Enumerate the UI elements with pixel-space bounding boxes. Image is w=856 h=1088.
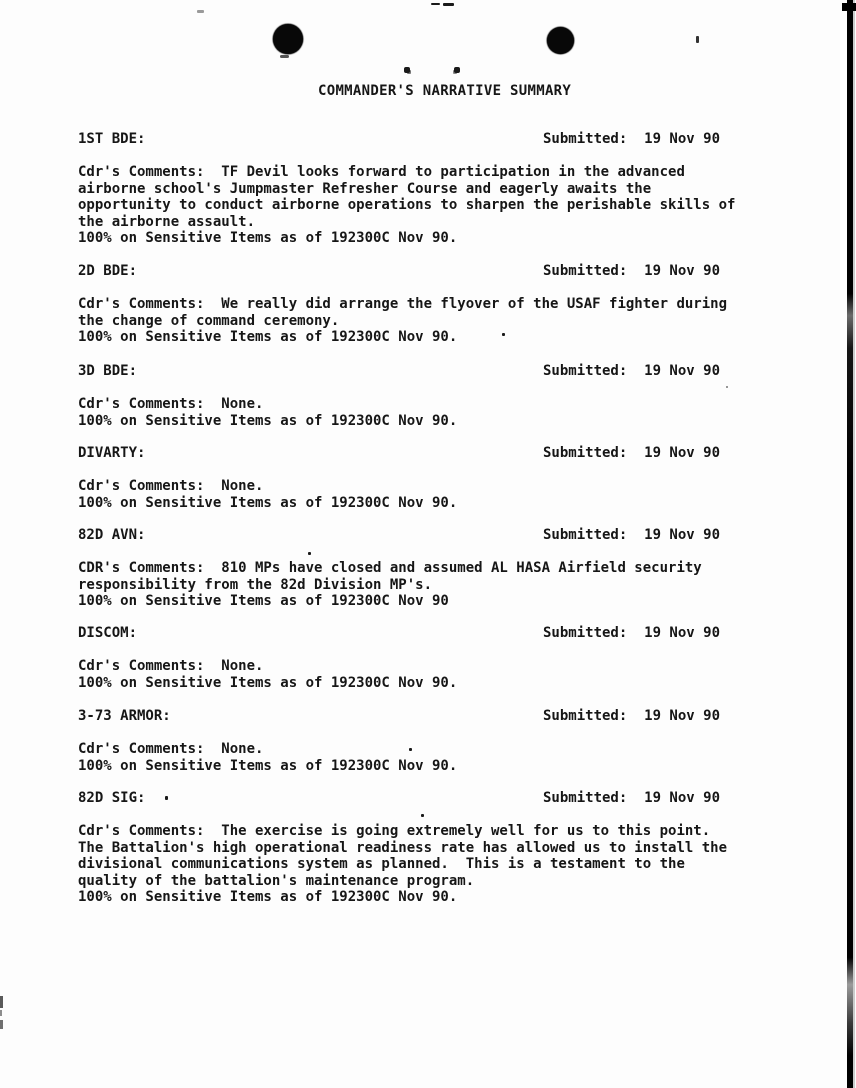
- section-header: 1ST BDE: Submitted: 19 Nov 90: [78, 131, 778, 148]
- scan-speck: [454, 67, 460, 73]
- section-label: DISCOM:: [78, 625, 137, 642]
- section-2d-bde: 2D BDE: Submitted: 19 Nov 90 Cdr's Comme…: [78, 263, 778, 346]
- scan-edge-mark: [0, 1010, 2, 1016]
- section-header: 82D AVN: Submitted: 19 Nov 90: [78, 527, 778, 544]
- section-body: Cdr's Comments: The exercise is going ex…: [78, 823, 778, 906]
- section-label: 3-73 ARMOR:: [78, 708, 171, 725]
- submitted-date: Submitted: 19 Nov 90: [543, 790, 720, 807]
- section-body: Cdr's Comments: None. 100% on Sensitive …: [78, 396, 778, 429]
- section-label: 2D BDE:: [78, 263, 137, 280]
- section-label: 3D BDE:: [78, 363, 137, 380]
- submitted-date: Submitted: 19 Nov 90: [543, 131, 720, 148]
- section-1st-bde: 1ST BDE: Submitted: 19 Nov 90 Cdr's Comm…: [78, 131, 778, 247]
- section-header: 2D BDE: Submitted: 19 Nov 90: [78, 263, 778, 280]
- scanned-document-page: COMMANDER'S NARRATIVE SUMMARY 1ST BDE: S…: [0, 0, 856, 1088]
- section-body: CDR's Comments: 810 MPs have closed and …: [78, 560, 778, 610]
- section-label: 1ST BDE:: [78, 131, 145, 148]
- hole-punch-mark: [273, 24, 303, 54]
- scanner-edge-bar: [842, 3, 856, 11]
- submitted-date: Submitted: 19 Nov 90: [543, 527, 720, 544]
- scan-speck: [431, 3, 440, 5]
- submitted-date: Submitted: 19 Nov 90: [543, 445, 720, 462]
- section-3d-bde: 3D BDE: Submitted: 19 Nov 90 Cdr's Comme…: [78, 363, 778, 429]
- section-3-73-armor: 3-73 ARMOR: Submitted: 19 Nov 90 Cdr's C…: [78, 708, 778, 774]
- scanner-edge-line: [853, 0, 855, 1088]
- section-header: 3D BDE: Submitted: 19 Nov 90: [78, 363, 778, 380]
- section-header: DIVARTY: Submitted: 19 Nov 90: [78, 445, 778, 462]
- scan-speck: [280, 55, 289, 58]
- section-body: Cdr's Comments: None. 100% on Sensitive …: [78, 741, 778, 774]
- scan-speck: [197, 10, 204, 13]
- section-discom: DISCOM: Submitted: 19 Nov 90 Cdr's Comme…: [78, 625, 778, 691]
- section-body: Cdr's Comments: We really did arrange th…: [78, 296, 778, 346]
- submitted-date: Submitted: 19 Nov 90: [543, 708, 720, 725]
- submitted-date: Submitted: 19 Nov 90: [543, 363, 720, 380]
- section-82d-sig: 82D SIG: Submitted: 19 Nov 90 Cdr's Comm…: [78, 790, 778, 906]
- section-body: Cdr's Comments: None. 100% on Sensitive …: [78, 658, 778, 691]
- section-header: DISCOM: Submitted: 19 Nov 90: [78, 625, 778, 642]
- section-header: 3-73 ARMOR: Submitted: 19 Nov 90: [78, 708, 778, 725]
- section-divarty: DIVARTY: Submitted: 19 Nov 90 Cdr's Comm…: [78, 445, 778, 511]
- section-body: Cdr's Comments: TF Devil looks forward t…: [78, 164, 778, 247]
- scan-speck: [696, 36, 699, 43]
- submitted-date: Submitted: 19 Nov 90: [543, 625, 720, 642]
- section-label: 82D AVN:: [78, 527, 145, 544]
- scan-edge-mark: [0, 1020, 3, 1029]
- section-label: DIVARTY:: [78, 445, 145, 462]
- scanner-edge-bar: [847, 0, 853, 1088]
- section-body: Cdr's Comments: None. 100% on Sensitive …: [78, 478, 778, 511]
- page-title: COMMANDER'S NARRATIVE SUMMARY: [318, 83, 571, 100]
- submitted-date: Submitted: 19 Nov 90: [543, 263, 720, 280]
- section-header: 82D SIG: Submitted: 19 Nov 90: [78, 790, 778, 807]
- scan-edge-mark: [0, 996, 3, 1008]
- scan-speck: [404, 67, 410, 73]
- section-82d-avn: 82D AVN: Submitted: 19 Nov 90 CDR's Comm…: [78, 527, 778, 610]
- scan-speck: [443, 3, 454, 6]
- hole-punch-mark: [547, 27, 574, 54]
- section-label: 82D SIG:: [78, 790, 145, 807]
